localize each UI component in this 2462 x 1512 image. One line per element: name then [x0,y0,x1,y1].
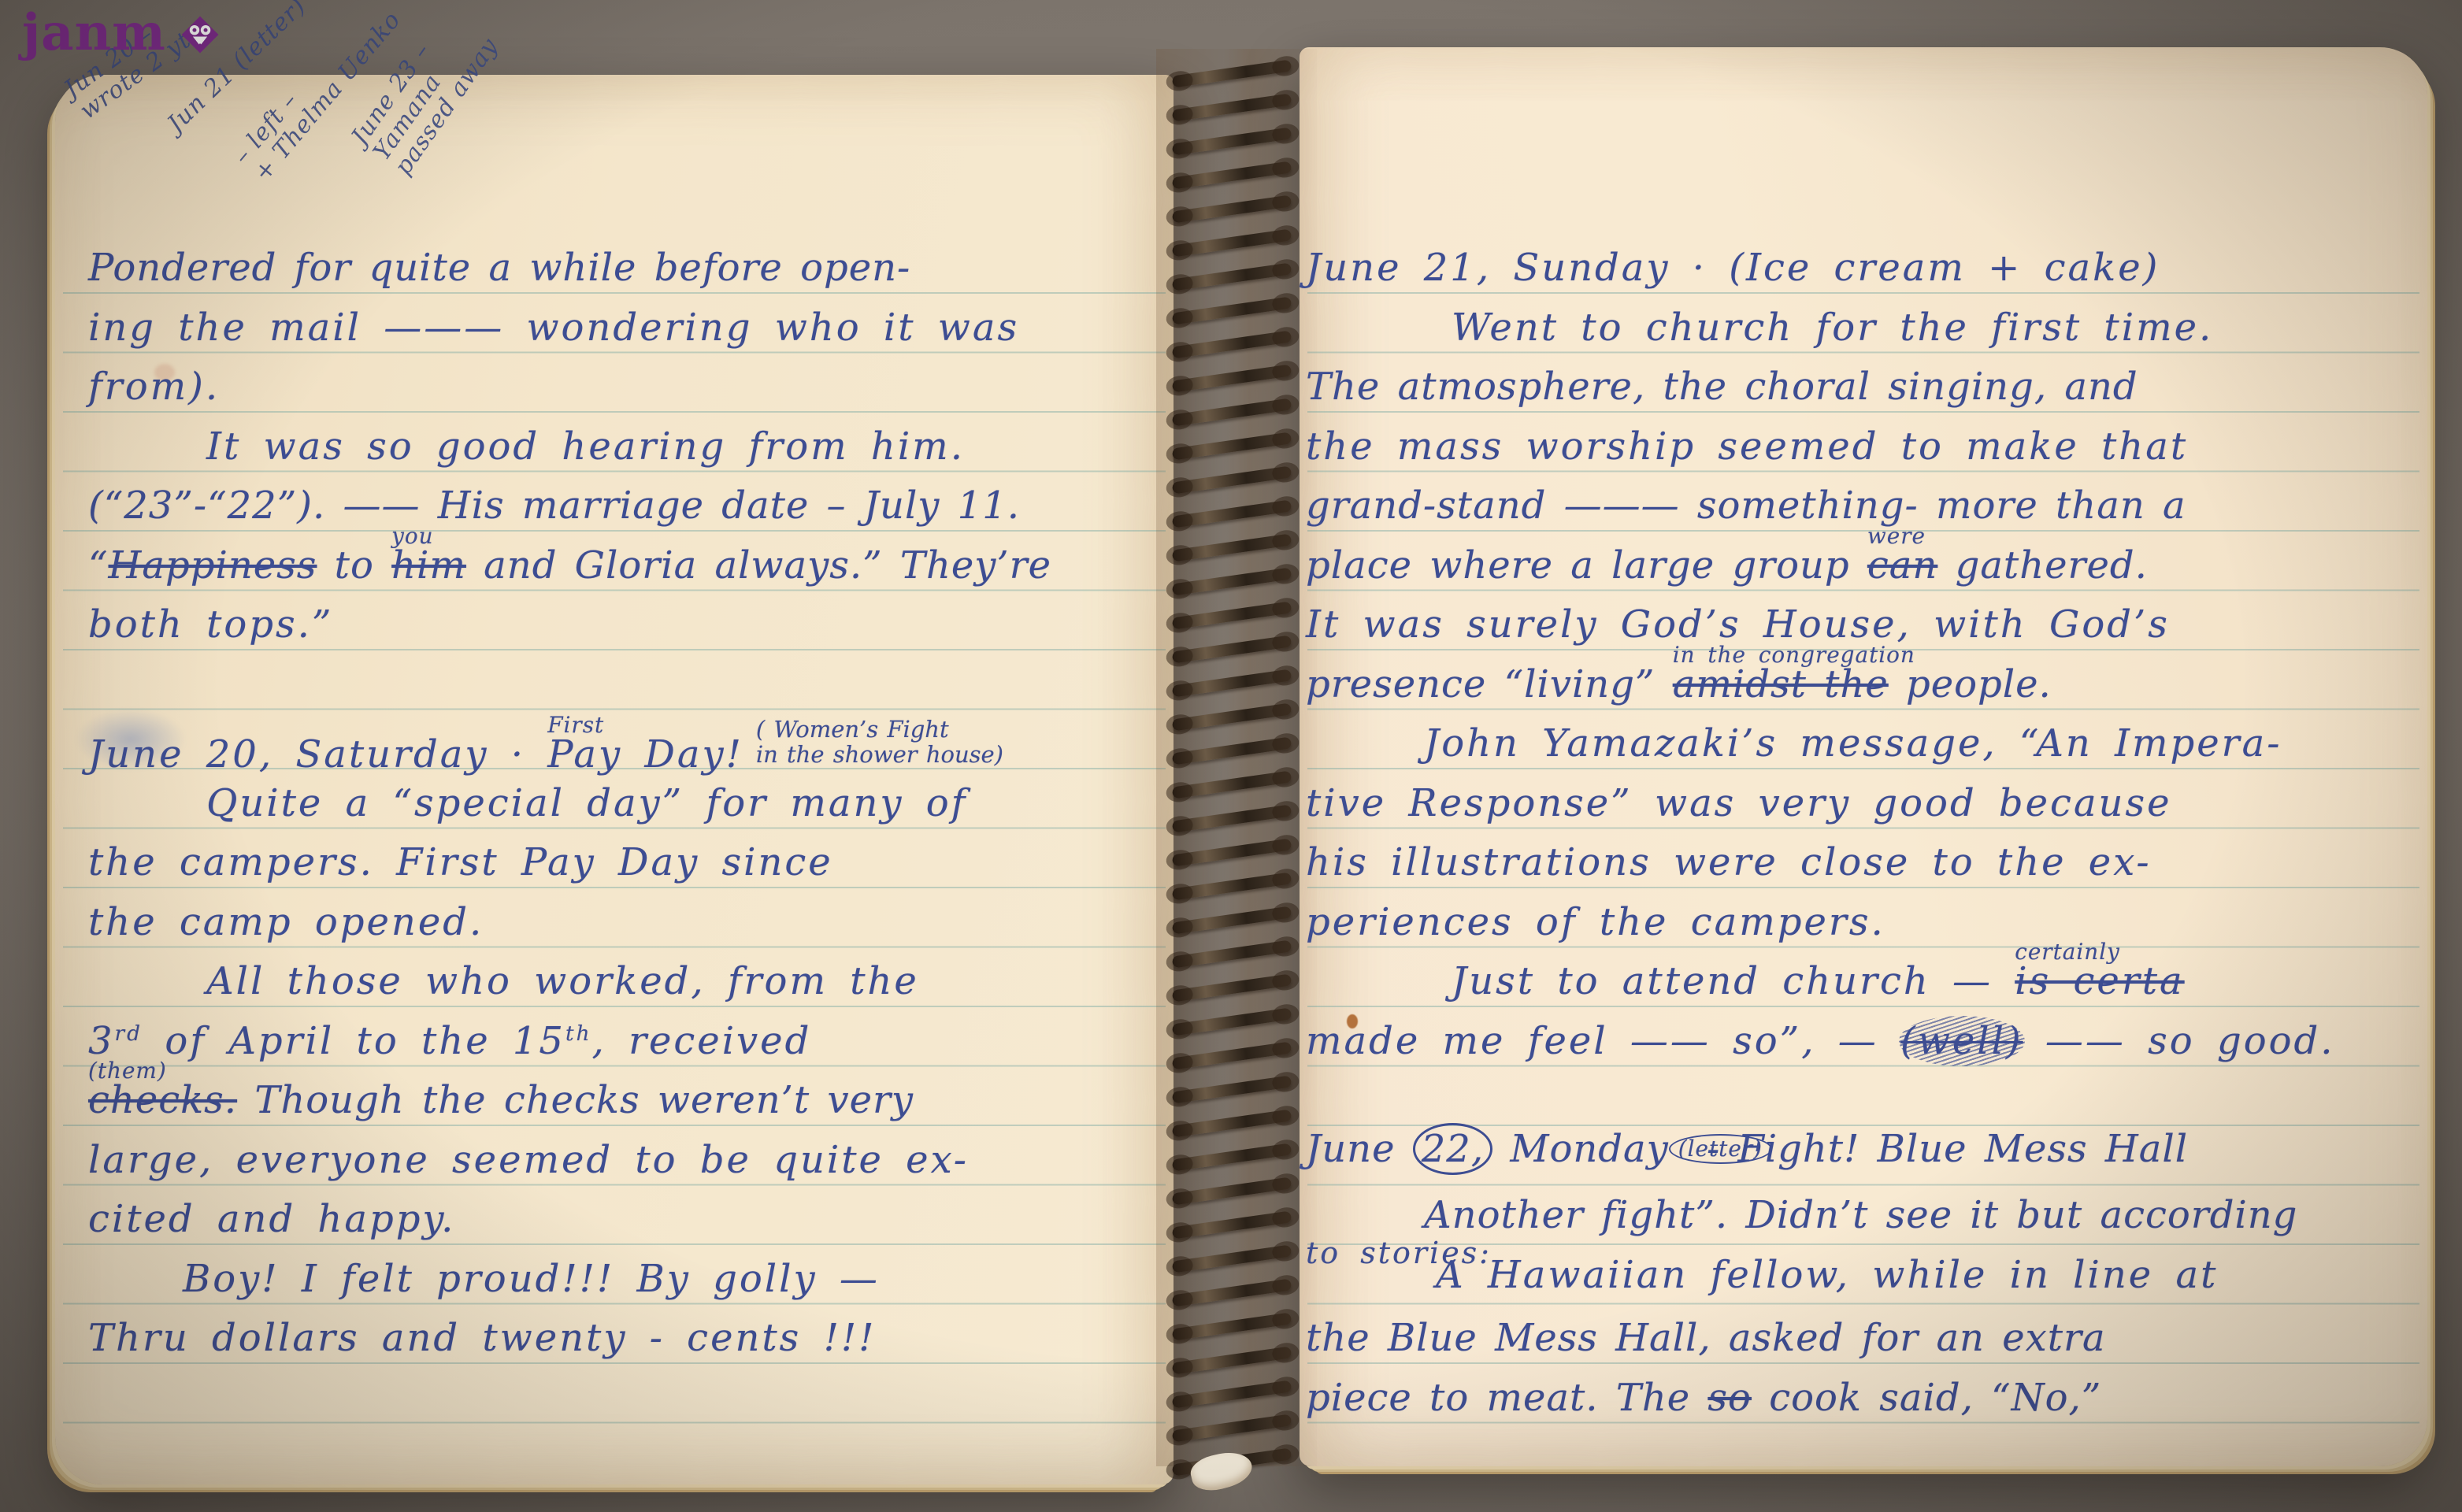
spiral-coil-loop [1172,1143,1292,1171]
spiral-coil-loop [1172,330,1292,358]
diary-line: Thru dollars and twenty - cents !!! [88,1317,876,1360]
diary-line: A Hawaiian fellow, while in line at [1436,1254,2218,1297]
spiral-coil-loop [1172,1041,1292,1069]
diary-line: his illustrations were close to the ex- [1306,841,2152,884]
diary-line: the mass worship seemed to make that [1306,425,2188,469]
diary-line: grand-stand ——— something- more than a [1306,484,2186,528]
spiral-coil-loop [1172,702,1292,731]
diary-line: All those who worked, from the [206,960,919,1003]
diary-line: June 20, Saturday · FirstPay Day!( Women… [88,717,1003,776]
diary-line: It was so good hearing from him. [206,425,965,469]
spiral-coil-loop [1172,1278,1292,1306]
diary-line: Boy! I felt proud!!! By golly — [183,1258,880,1301]
diary-line: Just to attend church — certainlyis cert… [1452,960,2185,1003]
janm-logo-text: janm [22,8,166,58]
spiral-coil-loop [1172,1244,1292,1273]
spiral-coil-loop [1172,1346,1292,1374]
payday-side-note: ( Women’s Fightin the shower house) [756,717,1003,767]
diary-line: the camp opened. [88,901,484,944]
diary-line: cited and happy. [88,1198,455,1241]
janm-logo[interactable]: janm [22,8,223,58]
diary-line: periences of the campers. [1306,901,1885,944]
spiral-coil-loop [1172,838,1292,866]
spiral-coil-loop [1172,228,1292,257]
spiral-coil-loop [1172,161,1292,189]
diary-line: made me feel —— so”, — (well) —— so good… [1306,1020,2334,1063]
diary-line: (them)checks. Though the checks weren’t … [88,1079,914,1122]
diary-line: presence “living” in the congregationami… [1306,663,2052,706]
spiral-coil-loop [1172,872,1292,900]
spiral-coil-loop [1172,296,1292,324]
spiral-coil-loop [1172,1075,1292,1103]
diary-line: Quite a “special day” for many of [206,782,967,825]
spiral-coil-loop [1172,567,1292,595]
diary-line: from). [88,365,220,409]
diary-line: The atmosphere, the choral singing, and [1306,365,2138,409]
spiral-coil-loop [1172,669,1292,697]
spiral-coil-loop [1172,533,1292,561]
spiral-coil-loop [1172,499,1292,528]
spiral-coil-loop [1172,465,1292,494]
diary-line: Another fight”. Didn’t see it but accord… [1424,1194,2297,1237]
spiral-binding [1162,68,1312,1485]
spiral-coil-loop [1172,1312,1292,1340]
diary-line: tive Response” was very good because [1306,782,2172,825]
spiral-coil-loop [1172,195,1292,223]
spiral-coil-loop [1172,364,1292,392]
diary-line: June 22, Monday(letter) - Fight! Blue Me… [1306,1128,2188,1171]
diary-photo: janm Jun 20 – wrote 2 yts Jun 21 (letter… [0,0,2462,1512]
spiral-coil-loop [1172,804,1292,832]
spiral-coil-loop [1172,398,1292,426]
spiral-coil-loop [1172,939,1292,968]
diary-line: It was surely God’s House, with God’s [1306,603,2170,647]
right-page-text: June 21, Sunday · (Ice cream + cake) Wen… [1306,0,2424,1512]
spiral-coil-loop [1172,1414,1292,1442]
spiral-coil-loop [1172,635,1292,663]
diary-line: (“23”-“22”). —— His marriage date – July… [88,484,1020,528]
diary-line: both tops.” [88,603,333,647]
diary-line: place where a large group werecan gather… [1306,544,2148,587]
spiral-coil-loop [1172,93,1292,121]
janm-crest-icon [177,12,223,57]
diary-line: 3rd of April to the 15th, received [88,1020,811,1063]
diary-line: Went to church for the first time. [1452,306,2213,350]
left-page-text: Pondered for quite a while before open- … [88,0,1183,1512]
spiral-coil-loop [1172,1007,1292,1036]
spiral-coil-loop [1172,973,1292,1002]
diary-line: June 21, Sunday · (Ice cream + cake) [1306,246,2160,290]
spiral-coil-loop [1172,1380,1292,1408]
diary-line: large, everyone seemed to be quite ex- [88,1139,969,1182]
diary-line: John Yamazaki’s message, “An Impera- [1424,722,2282,765]
spiral-coil-loop [1172,1109,1292,1137]
spiral-coil-loop [1172,432,1292,460]
spiral-coil-loop [1172,262,1292,291]
spiral-coil-loop [1172,906,1292,934]
spiral-coil-loop [1172,1210,1292,1239]
diary-line: ing the mail ——— wondering who it was [88,306,1019,350]
spiral-coil-loop [1172,127,1292,155]
spiral-coil-loop [1172,770,1292,799]
diary-line: the Blue Mess Hall, asked for an extra [1306,1317,2106,1360]
spiral-coil-loop [1172,736,1292,765]
spiral-coil-loop [1172,601,1292,629]
diary-line: piece to meat. The so cook said, “No,” [1306,1377,2101,1420]
diary-line: the campers. First Pay Day since [88,841,833,884]
diary-line: Pondered for quite a while before open- [88,246,910,290]
spiral-coil-loop [1172,1177,1292,1205]
diary-line: “Happiness to youhim and Gloria always.”… [88,544,1051,587]
